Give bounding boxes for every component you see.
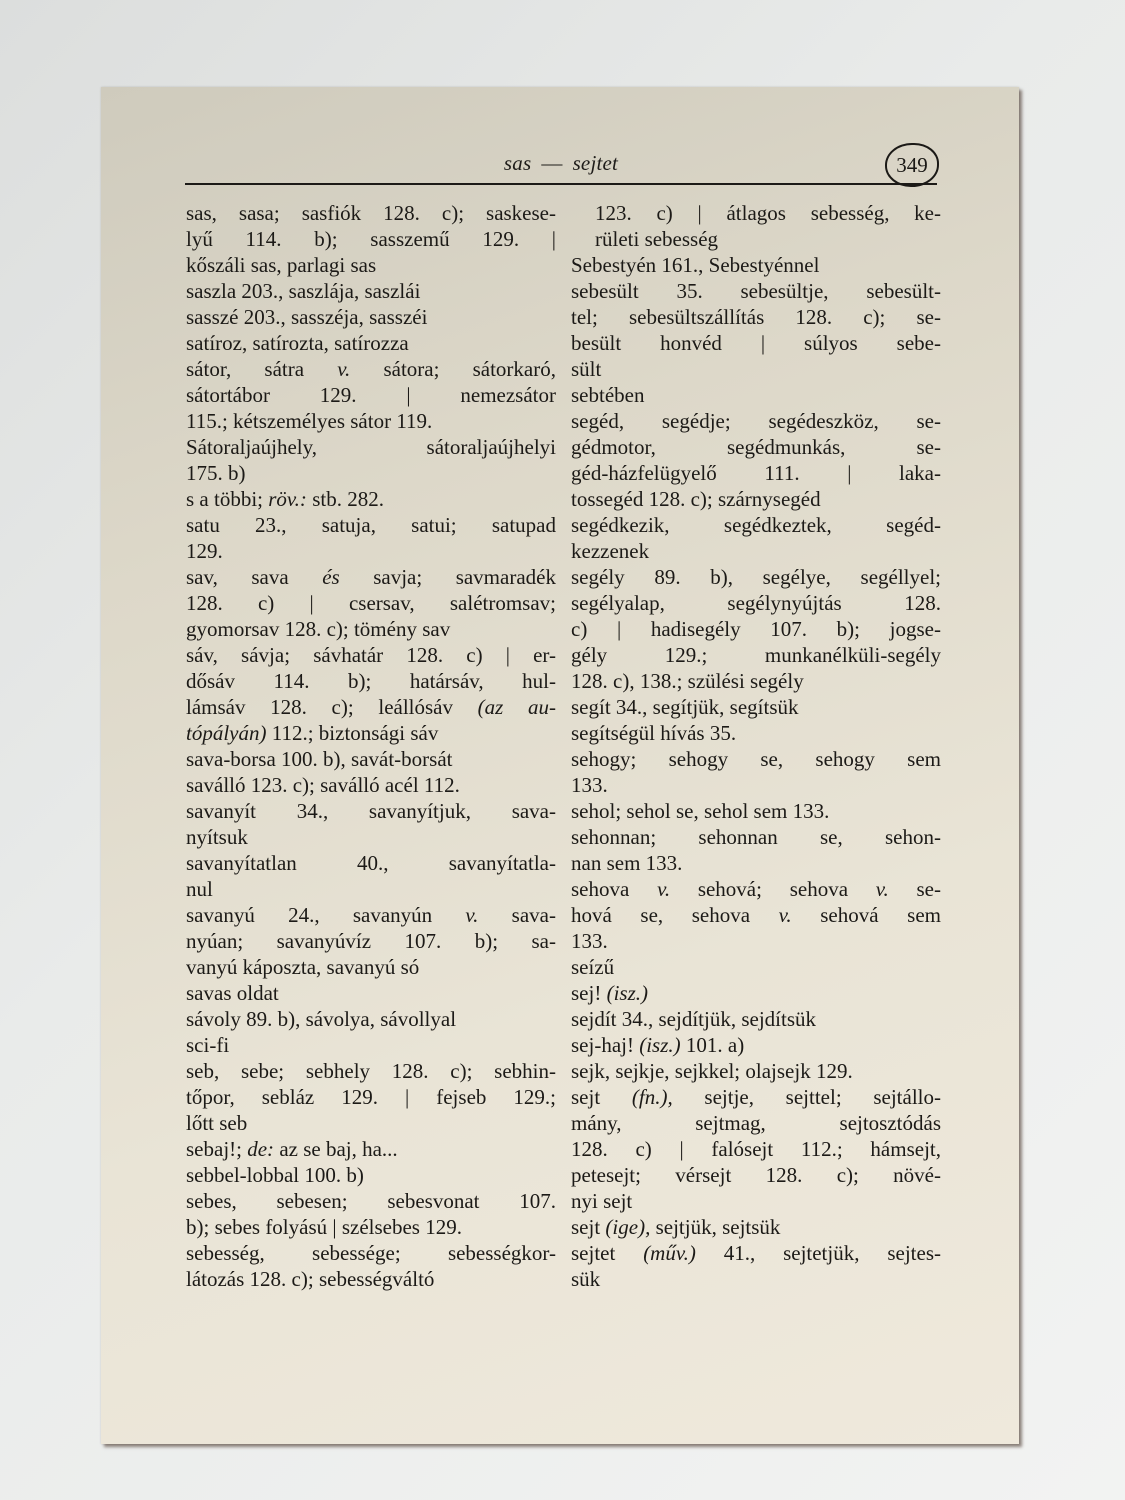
italic-label: (ige), xyxy=(605,1215,650,1239)
entry-line: hová se, sehova v. sehová sem xyxy=(595,902,941,928)
dictionary-entry: sasszé 203., sasszéja, sasszéi xyxy=(186,304,556,330)
dictionary-entry: satíroz, satírozta, satírozza xyxy=(186,330,556,356)
entry-line: satíroz, satírozta, satírozza xyxy=(210,330,556,356)
entry-line: seb, sebe; sebhely 128. c); sebhin- xyxy=(210,1058,556,1084)
entry-line: 133. xyxy=(595,928,941,954)
dictionary-entry: savanyít 34., savanyítjuk, sava-nyítsuk xyxy=(186,798,556,850)
left-column: sas, sasa; sasfiók 128. c); saskese-lyű … xyxy=(186,200,556,1292)
italic-label: (műv.) xyxy=(643,1241,696,1265)
dictionary-entry: sehova v. sehová; sehova v. se-hová se, … xyxy=(571,876,941,954)
dictionary-entry: sebes, sebesen; sebesvonat 107.b); sebes… xyxy=(186,1188,556,1240)
entry-line: mány, sejtmag, sejtosztódás xyxy=(595,1110,941,1136)
italic-label: v. xyxy=(337,357,350,381)
dictionary-entry: sav, sava és savja; savmaradék128. c) | … xyxy=(186,564,556,642)
entry-line: satu 23., satuja, satui; satupad xyxy=(210,512,556,538)
entry-line: s a többi; röv.: stb. 282. xyxy=(210,486,556,512)
dictionary-entry: s a többi; röv.: stb. 282. xyxy=(186,486,556,512)
dictionary-entry: sas, sasa; sasfiók 128. c); saskese-lyű … xyxy=(186,200,556,278)
dictionary-entry: sejk, sejkje, sejkkel; olajsejk 129. xyxy=(571,1058,941,1084)
dictionary-entry: sehogy; sehogy se, sehogy sem133. xyxy=(571,746,941,798)
entry-line: 115.; kétszemélyes sátor 119. xyxy=(210,408,556,434)
entry-line: saválló 123. c); saválló acél 112. xyxy=(210,772,556,798)
dictionary-entry: segít 34., segítjük, segítsük xyxy=(571,694,941,720)
entry-line: savas oldat xyxy=(210,980,556,1006)
dictionary-entry: seízű xyxy=(571,954,941,980)
entry-line: sebbel-lobbal 100. b) xyxy=(210,1162,556,1188)
entry-line: 129. xyxy=(210,538,556,564)
entry-line: Sátoraljaújhely, sátoraljaújhelyi xyxy=(210,434,556,460)
entry-line: nyítsuk xyxy=(210,824,556,850)
entry-line: tel; sebesültszállítás 128. c); se- xyxy=(595,304,941,330)
entry-line: sült xyxy=(595,356,941,382)
italic-label: de: xyxy=(247,1137,274,1161)
entry-line: c) | hadisegély 107. b); jogse- xyxy=(595,616,941,642)
entry-line: b); sebes folyású | szélsebes 129. xyxy=(210,1214,556,1240)
entry-line: lyű 114. b); sasszemű 129. | xyxy=(210,226,556,252)
entry-line: segít 34., segítjük, segítsük xyxy=(595,694,941,720)
entry-line: nul xyxy=(210,876,556,902)
running-head-last-word: sejtet xyxy=(573,151,619,175)
running-head-first-word: sas xyxy=(504,151,531,175)
entry-line: savanyítatlan 40., savanyítatla- xyxy=(210,850,556,876)
dictionary-entry: sci-fi xyxy=(186,1032,556,1058)
entry-line: tópályán) 112.; biztonsági sáv xyxy=(210,720,556,746)
italic-label: (isz.) xyxy=(607,981,648,1005)
entry-line: segély 89. b), segélye, segéllyel; xyxy=(595,564,941,590)
dictionary-entry: satu 23., satuja, satui; satupad129. xyxy=(186,512,556,564)
dictionary-entry: sava-borsa 100. b), savát-borsát xyxy=(186,746,556,772)
entry-line: sátortábor 129. | nemezsátor xyxy=(210,382,556,408)
entry-line: sava-borsa 100. b), savát-borsát xyxy=(210,746,556,772)
entry-line: sci-fi xyxy=(210,1032,556,1058)
entry-line: sük xyxy=(595,1266,941,1292)
entry-line: sehol; sehol se, sehol sem 133. xyxy=(595,798,941,824)
italic-label: röv.: xyxy=(268,487,307,511)
dictionary-entry: segéd, segédje; segédeszköz, se-gédmotor… xyxy=(571,408,941,512)
dictionary-entry: sejt (ige), sejtjük, sejtsük xyxy=(571,1214,941,1240)
italic-label: (fn.), xyxy=(632,1085,673,1109)
entry-line: lámsáv 128. c); leállósáv (az au- xyxy=(210,694,556,720)
entry-line: sejk, sejkje, sejkkel; olajsejk 129. xyxy=(595,1058,941,1084)
italic-label: (az au- xyxy=(478,695,556,719)
entry-line: savanyít 34., savanyítjuk, sava- xyxy=(210,798,556,824)
entry-line: nan sem 133. xyxy=(595,850,941,876)
entry-line: sas, sasa; sasfiók 128. c); saskese- xyxy=(210,200,556,226)
entry-line: dősáv 114. b); határsáv, hul- xyxy=(210,668,556,694)
dictionary-entry: sebesség, sebessége; sebességkor-látozás… xyxy=(186,1240,556,1292)
dictionary-entry: sávoly 89. b), sávolya, sávollyal xyxy=(186,1006,556,1032)
dictionary-entry: segítségül hívás 35. xyxy=(571,720,941,746)
dictionary-entry: sebtében xyxy=(571,382,941,408)
entry-line: nyúan; savanyúvíz 107. b); sa- xyxy=(210,928,556,954)
dictionary-entry: sej-haj! (isz.) 101. a) xyxy=(571,1032,941,1058)
dictionary-entry: savas oldat xyxy=(186,980,556,1006)
entry-line: sávoly 89. b), sávolya, sávollyal xyxy=(210,1006,556,1032)
dictionary-entry: sáv, sávja; sávhatár 128. c) | er-dősáv … xyxy=(186,642,556,746)
entry-line: sav, sava és savja; savmaradék xyxy=(210,564,556,590)
entry-line: saszla 203., saszlája, saszlái xyxy=(210,278,556,304)
entry-line: seízű xyxy=(595,954,941,980)
entry-line: nyi sejt xyxy=(595,1188,941,1214)
right-column: 123. c) | átlagos sebesség, ke-rületi se… xyxy=(571,200,941,1292)
dictionary-entry: sátor, sátra v. sátora; sátorkaró,sátort… xyxy=(186,356,556,434)
entry-line: sehonnan; sehonnan se, sehon- xyxy=(595,824,941,850)
italic-label: (isz.) xyxy=(639,1033,680,1057)
entry-line: rületi sebesség xyxy=(595,226,941,252)
dictionary-entry: sejt (fn.), sejtje, sejttel; sejtállo-má… xyxy=(571,1084,941,1214)
entry-line: sehova v. sehová; sehova v. se- xyxy=(595,876,941,902)
entry-line: sebtében xyxy=(595,382,941,408)
entry-line: petesejt; vérsejt 128. c); növé- xyxy=(595,1162,941,1188)
entry-line: géd-házfelügyelő 111. | laka- xyxy=(595,460,941,486)
entry-line: vanyú káposzta, savanyú só xyxy=(210,954,556,980)
entry-line: sej! (isz.) xyxy=(595,980,941,1006)
entry-line: sejt (ige), sejtjük, sejtsük xyxy=(595,1214,941,1240)
dictionary-entry: sebbel-lobbal 100. b) xyxy=(186,1162,556,1188)
running-head-separator: — xyxy=(541,151,562,175)
dictionary-entry: segédkezik, segédkeztek, segéd-kezzenek xyxy=(571,512,941,564)
entry-line: sejtet (műv.) 41., sejtetjük, sejtes- xyxy=(595,1240,941,1266)
dictionary-entry: sebesült 35. sebesültje, sebesült-tel; s… xyxy=(571,278,941,382)
italic-label: v. xyxy=(779,903,792,927)
entry-line: kőszáli sas, parlagi sas xyxy=(210,252,556,278)
entry-line: gédmotor, segédmunkás, se- xyxy=(595,434,941,460)
entry-line: sej-haj! (isz.) 101. a) xyxy=(595,1032,941,1058)
italic-label: v. xyxy=(465,903,478,927)
entry-line: lőtt seb xyxy=(210,1110,556,1136)
dictionary-entry: sehonnan; sehonnan se, sehon-nan sem 133… xyxy=(571,824,941,876)
dictionary-entry: savanyú 24., savanyún v. sava-nyúan; sav… xyxy=(186,902,556,980)
entry-line: besült honvéd | súlyos sebe- xyxy=(595,330,941,356)
entry-line: sejt (fn.), sejtje, sejttel; sejtállo- xyxy=(595,1084,941,1110)
entry-line: sasszé 203., sasszéja, sasszéi xyxy=(210,304,556,330)
page-header: sas—sejtet 349 xyxy=(185,149,937,185)
entry-line: gyomorsav 128. c); tömény sav xyxy=(210,616,556,642)
entry-line: 128. c), 138.; szülési segély xyxy=(595,668,941,694)
entry-line: sebes, sebesen; sebesvonat 107. xyxy=(210,1188,556,1214)
entry-line: sáv, sávja; sávhatár 128. c) | er- xyxy=(210,642,556,668)
entry-line: segítségül hívás 35. xyxy=(595,720,941,746)
entry-line: gély 129.; munkanélküli-segély xyxy=(595,642,941,668)
dictionary-entry: 123. c) | átlagos sebesség, ke-rületi se… xyxy=(571,200,941,252)
dictionary-entry: savanyítatlan 40., savanyítatla-nul xyxy=(186,850,556,902)
entry-line: tőpor, sebláz 129. | fejseb 129.; xyxy=(210,1084,556,1110)
italic-label: v. xyxy=(876,877,889,901)
entry-line: 123. c) | átlagos sebesség, ke- xyxy=(595,200,941,226)
entry-line: sebaj!; de: az se baj, ha... xyxy=(210,1136,556,1162)
entry-line: 133. xyxy=(595,772,941,798)
entry-line: látozás 128. c); sebességváltó xyxy=(210,1266,556,1292)
running-head: sas—sejtet xyxy=(185,151,937,176)
entry-line: sátor, sátra v. sátora; sátorkaró, xyxy=(210,356,556,382)
dictionary-entry: seb, sebe; sebhely 128. c); sebhin-tőpor… xyxy=(186,1058,556,1136)
page-number-circled: 349 xyxy=(885,143,939,187)
entry-line: savanyú 24., savanyún v. sava- xyxy=(210,902,556,928)
entry-line: tossegéd 128. c); szárnysegéd xyxy=(595,486,941,512)
dictionary-entry: sej! (isz.) xyxy=(571,980,941,1006)
entry-line: 128. c) | csersav, salétromsav; xyxy=(210,590,556,616)
italic-label: és xyxy=(322,565,340,589)
entry-line: 175. b) xyxy=(210,460,556,486)
entry-line: sebesség, sebessége; sebességkor- xyxy=(210,1240,556,1266)
dictionary-entry: sehol; sehol se, sehol sem 133. xyxy=(571,798,941,824)
dictionary-entry: saszla 203., saszlája, saszlái xyxy=(186,278,556,304)
dictionary-entry: segély 89. b), segélye, segéllyel;segély… xyxy=(571,564,941,694)
dictionary-page: sas—sejtet 349 sas, sasa; sasfiók 128. c… xyxy=(101,87,1019,1444)
entry-line: segédkezik, segédkeztek, segéd- xyxy=(595,512,941,538)
dictionary-entry: saválló 123. c); saválló acél 112. xyxy=(186,772,556,798)
dictionary-entry: sejdít 34., sejdítjük, sejdítsük xyxy=(571,1006,941,1032)
dictionary-entry: sebaj!; de: az se baj, ha... xyxy=(186,1136,556,1162)
italic-label: tópályán) xyxy=(186,721,266,745)
entry-line: segéd, segédje; segédeszköz, se- xyxy=(595,408,941,434)
entry-line: Sebestyén 161., Sebestyénnel xyxy=(595,252,941,278)
entry-line: sebesült 35. sebesültje, sebesült- xyxy=(595,278,941,304)
dictionary-entry: Sátoraljaújhely, sátoraljaújhelyi175. b) xyxy=(186,434,556,486)
entry-line: kezzenek xyxy=(595,538,941,564)
italic-label: v. xyxy=(657,877,670,901)
entry-line: sehogy; sehogy se, sehogy sem xyxy=(595,746,941,772)
dictionary-entry: Sebestyén 161., Sebestyénnel xyxy=(571,252,941,278)
entry-line: 128. c) | falósejt 112.; hámsejt, xyxy=(595,1136,941,1162)
entry-line: segélyalap, segélynyújtás 128. xyxy=(595,590,941,616)
entry-line: sejdít 34., sejdítjük, sejdítsük xyxy=(595,1006,941,1032)
dictionary-entry: sejtet (műv.) 41., sejtetjük, sejtes-sük xyxy=(571,1240,941,1292)
